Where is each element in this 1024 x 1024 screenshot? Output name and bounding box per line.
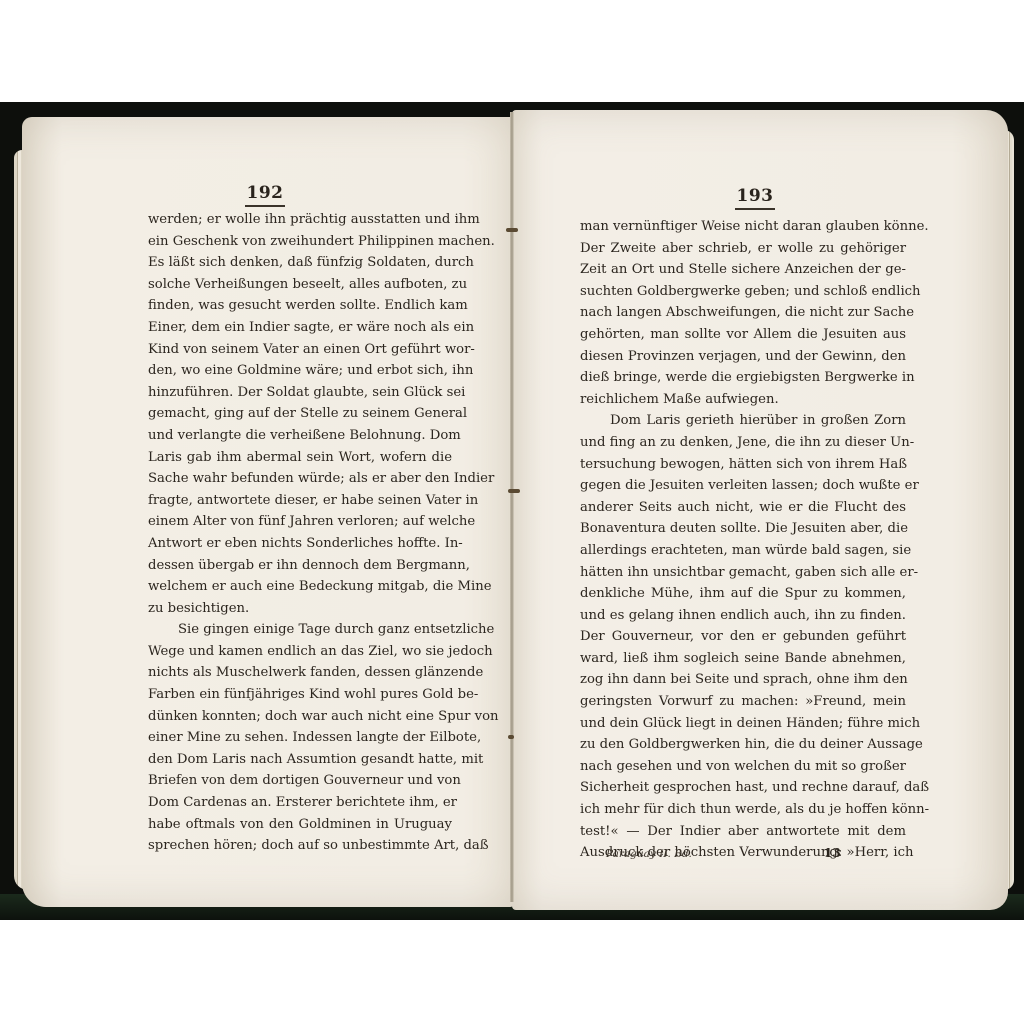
text-line: Briefen von dem dortigen Gouverneur und … xyxy=(148,770,452,792)
text-line: nach gesehen und von welchen du mit so g… xyxy=(580,756,906,778)
header-rule xyxy=(245,205,285,207)
header-rule xyxy=(735,208,775,210)
text-line: ward, ließ ihm sogleich seine Bande abne… xyxy=(580,648,906,670)
text-line: Es läßt sich denken, daß fünfzig Soldate… xyxy=(148,252,452,274)
page-number-text: 192 xyxy=(247,183,284,203)
right-page: 193 man vernünftiger Weise nicht daran g… xyxy=(512,110,1008,910)
stitch-hole xyxy=(506,228,518,232)
signature-mark: Paraguay II. Bd. xyxy=(606,848,692,860)
text-line: gegen die Jesuiten verleiten lassen; doc… xyxy=(580,475,906,497)
text-line: test!« — Der Indier aber antwortete mit … xyxy=(580,821,906,843)
text-line: Kind von seinem Vater an einen Ort gefüh… xyxy=(148,339,452,361)
text-line: einem Alter von fünf Jahren verloren; au… xyxy=(148,511,452,533)
text-line: zog ihn dann bei Seite und sprach, ohne … xyxy=(580,669,906,691)
stitch-hole xyxy=(508,489,520,493)
text-line: den, wo eine Goldmine wäre; und erbot si… xyxy=(148,360,452,382)
text-line: solche Verheißungen beseelt, alles aufbo… xyxy=(148,274,452,296)
text-line: allerdings erachteten, man würde bald sa… xyxy=(580,540,906,562)
text-line: geringsten Vorwurf zu machen: »Freund, m… xyxy=(580,691,906,713)
text-line: fragte, antwortete dieser, er habe seine… xyxy=(148,490,452,512)
text-line: Sie gingen einige Tage durch ganz entset… xyxy=(148,619,452,641)
page-number-text: 193 xyxy=(737,186,774,206)
text-line: Der Gouverneur, vor den er gebunden gefü… xyxy=(580,626,906,648)
text-line: dessen übergab er ihn dennoch dem Bergma… xyxy=(148,555,452,577)
text-line: hinzuführen. Der Soldat glaubte, sein Gl… xyxy=(148,382,452,404)
right-page-text: man vernünftiger Weise nicht daran glaub… xyxy=(580,216,906,864)
text-line: den Dom Laris nach Assumtion gesandt hat… xyxy=(148,749,452,771)
right-page-number: 193 xyxy=(720,186,790,210)
text-line: und es gelang ihnen endlich auch, ihn zu… xyxy=(580,605,906,627)
text-line: ich mehr für dich thun werde, als du je … xyxy=(580,799,906,821)
text-line: suchten Goldbergwerke geben; und schloß … xyxy=(580,281,906,303)
text-line: denkliche Mühe, ihm auf die Spur zu komm… xyxy=(580,583,906,605)
left-page: 192 werden; er wolle ihn prächtig aussta… xyxy=(22,117,514,907)
text-line: dieß bringe, werde die ergiebigsten Berg… xyxy=(580,367,906,389)
text-line: dünken konnten; doch war auch nicht eine… xyxy=(148,706,452,728)
text-line: Antwort er eben nichts Sonderliches hoff… xyxy=(148,533,452,555)
text-line: Wege und kamen endlich an das Ziel, wo s… xyxy=(148,641,452,663)
text-line: werden; er wolle ihn prächtig ausstatten… xyxy=(148,209,452,231)
left-page-text: werden; er wolle ihn prächtig ausstatten… xyxy=(148,209,452,857)
text-line: Dom Cardenas an. Ersterer berichtete ihm… xyxy=(148,792,452,814)
text-line: zu den Goldbergwerken hin, die du deiner… xyxy=(580,734,906,756)
text-line: Sicherheit gesprochen hast, und rechne d… xyxy=(580,777,906,799)
text-line: einer Mine zu sehen. Indessen langte der… xyxy=(148,727,452,749)
text-line: Der Zweite aber schrieb, er wolle zu geh… xyxy=(580,238,906,260)
text-line: hätten ihn unsichtbar gemacht, gaben sic… xyxy=(580,562,906,584)
text-line: anderer Seits auch nicht, wie er die Flu… xyxy=(580,497,906,519)
text-line: tersuchung bewogen, hätten sich von ihre… xyxy=(580,454,906,476)
text-line: zu besichtigen. xyxy=(148,598,452,620)
text-line: und fing an zu denken, Jene, die ihn zu … xyxy=(580,432,906,454)
text-line: gehörten, man sollte vor Allem die Jesui… xyxy=(580,324,906,346)
text-line: Laris gab ihm abermal sein Wort, wofern … xyxy=(148,447,452,469)
text-line: Farben ein fünfjähriges Kind wohl pures … xyxy=(148,684,452,706)
stitch-hole xyxy=(508,735,514,739)
text-line: Einer, dem ein Indier sagte, er wäre noc… xyxy=(148,317,452,339)
left-page-number: 192 xyxy=(230,183,300,207)
text-line: welchem er auch eine Bedeckung mitgab, d… xyxy=(148,576,452,598)
text-line: reichlichem Maße aufwiegen. xyxy=(580,389,906,411)
text-line: gemacht, ging auf der Stelle zu seinem G… xyxy=(148,403,452,425)
text-line: ein Geschenk von zweihundert Philippinen… xyxy=(148,231,452,253)
text-line: man vernünftiger Weise nicht daran glaub… xyxy=(580,216,906,238)
text-line: nach langen Abschweifungen, die nicht zu… xyxy=(580,302,906,324)
text-line: nichts als Muschelwerk fanden, dessen gl… xyxy=(148,662,452,684)
text-line: diesen Provinzen verjagen, und der Gewin… xyxy=(580,346,906,368)
text-line: sprechen hören; doch auf so unbestimmte … xyxy=(148,835,452,857)
text-line: Bonaventura deuten sollte. Die Jesuiten … xyxy=(580,518,906,540)
text-line: und verlangte die verheißene Belohnung. … xyxy=(148,425,452,447)
signature-number: 13 xyxy=(824,846,841,860)
text-line: habe oftmals von den Goldminen in Urugua… xyxy=(148,814,452,836)
text-line: und dein Glück liegt in deinen Händen; f… xyxy=(580,713,906,735)
text-line: Zeit an Ort und Stelle sichere Anzeichen… xyxy=(580,259,906,281)
text-line: Sache wahr befunden würde; als er aber d… xyxy=(148,468,452,490)
text-line: finden, was gesucht werden sollte. Endli… xyxy=(148,295,452,317)
text-line: Dom Laris gerieth hierüber in großen Zor… xyxy=(580,410,906,432)
